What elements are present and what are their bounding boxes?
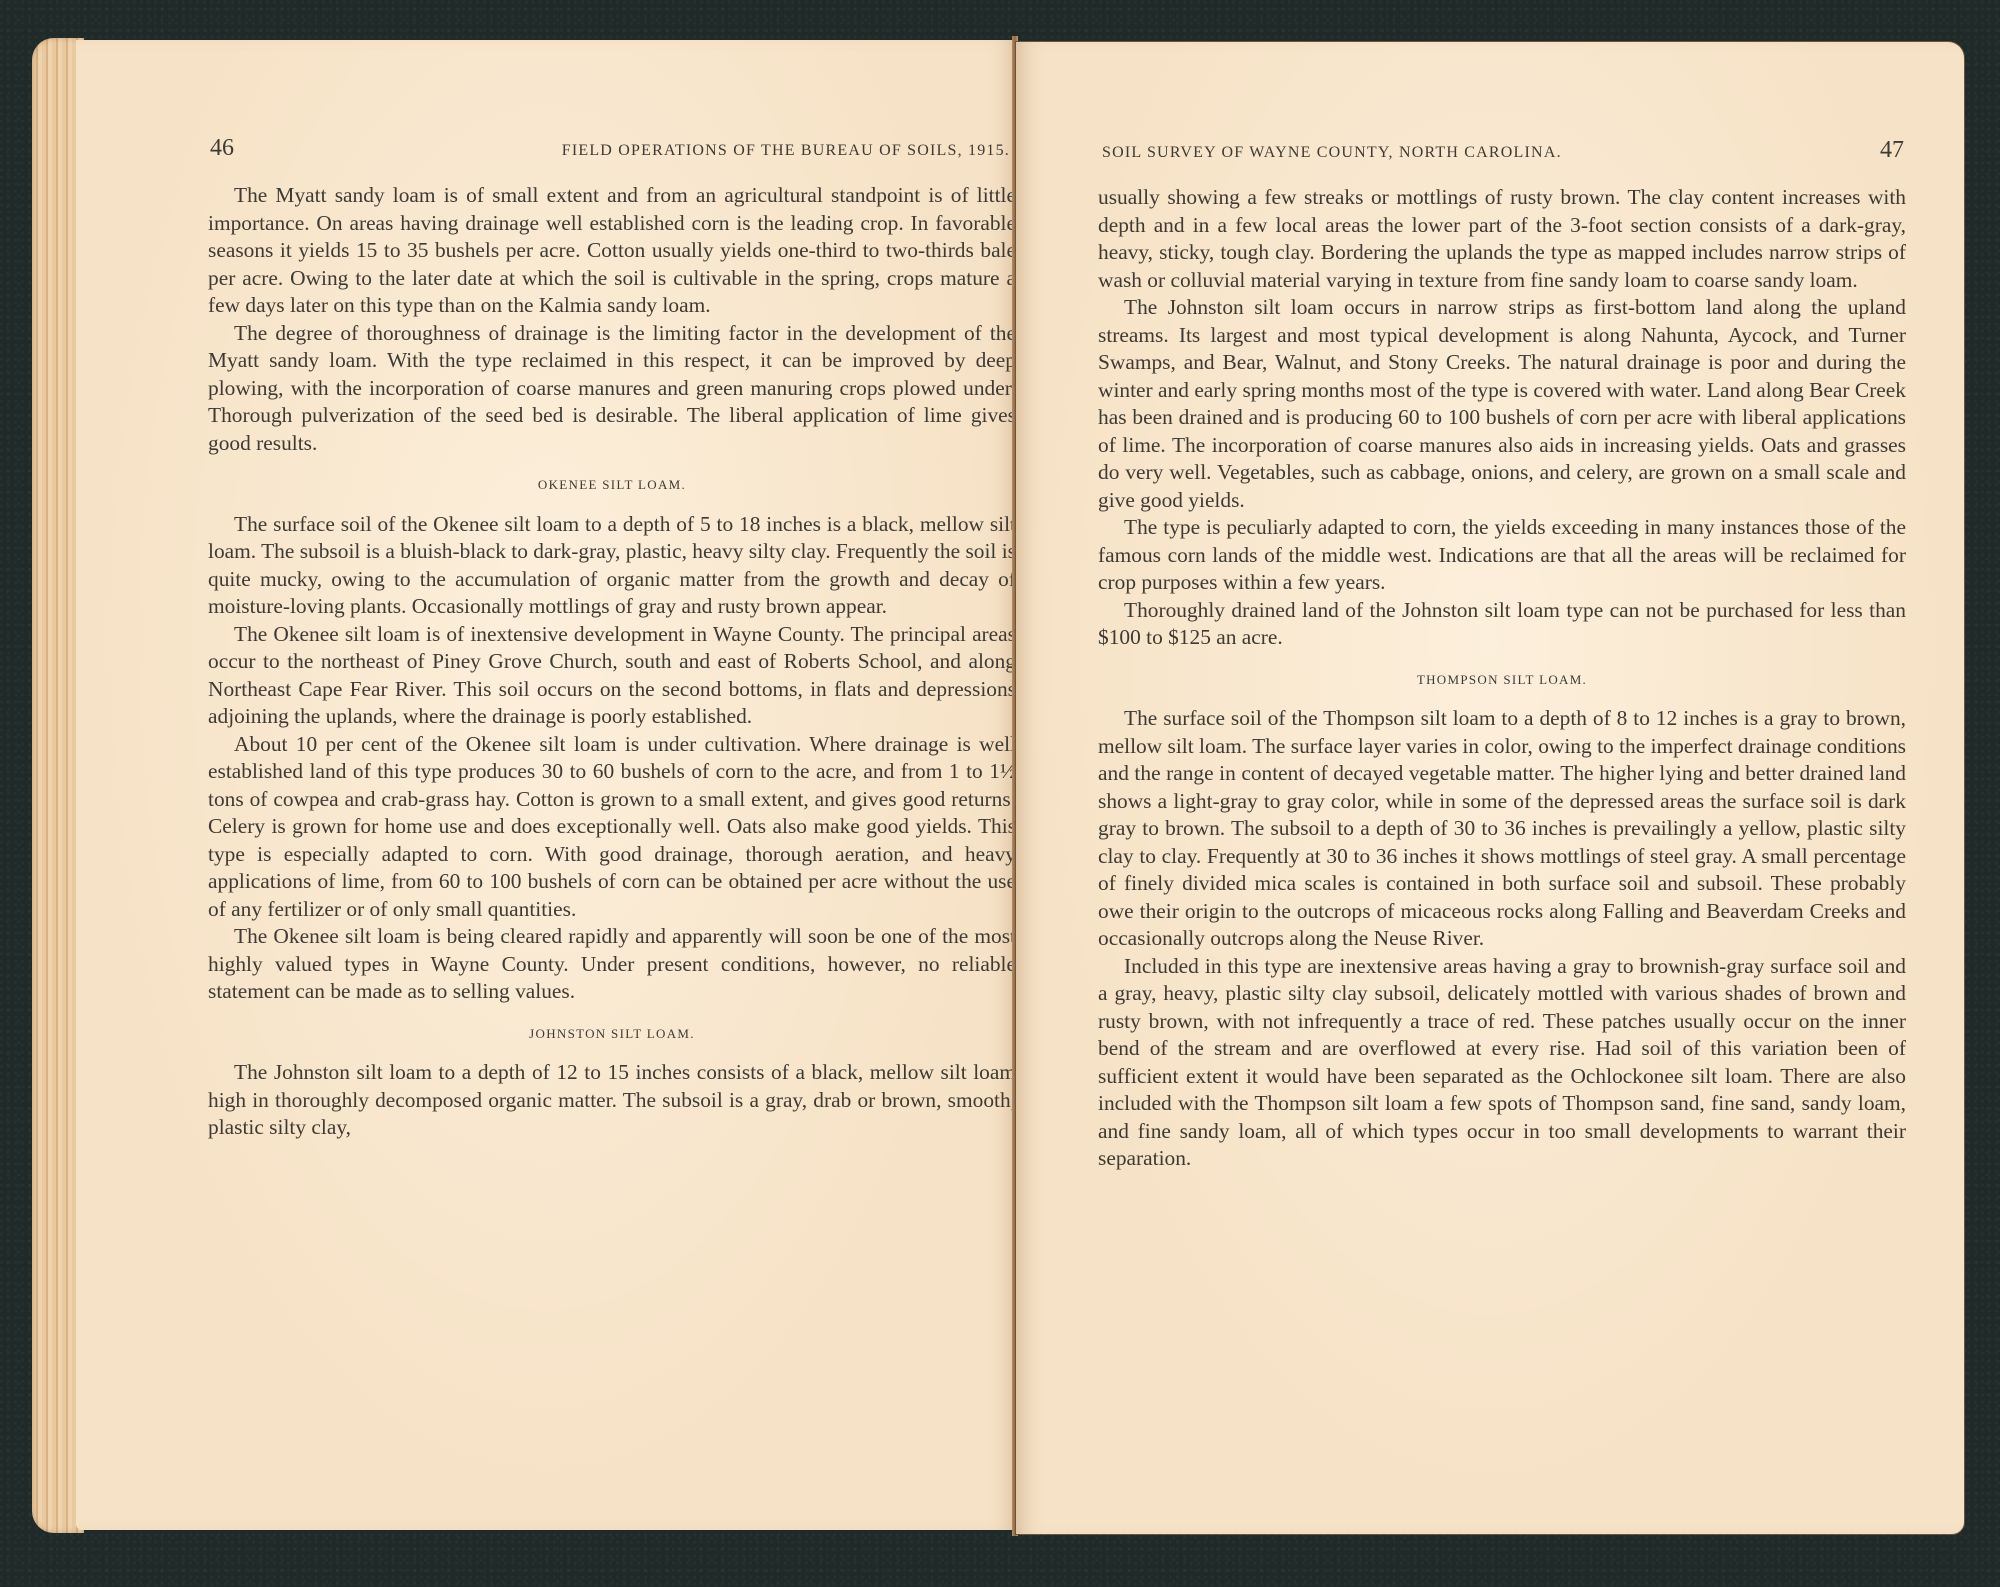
paragraph: The degree of thoroughness of drainage i… [208, 320, 1016, 458]
left-page: 46 FIELD OPERATIONS OF THE BUREAU OF SOI… [76, 40, 1016, 1530]
page-number: 46 [210, 135, 234, 162]
paragraph: Included in this type are inextensive ar… [1098, 953, 1906, 1173]
section-heading: THOMPSON SILT LOAM. [1098, 666, 1906, 694]
paragraph: The Johnston silt loam to a depth of 12 … [208, 1059, 1016, 1142]
paragraph: The surface soil of the Okenee silt loam… [208, 511, 1016, 621]
page-number: 47 [1880, 137, 1904, 164]
right-body-text: usually showing a few streaks or mottlin… [1098, 184, 1906, 1173]
paragraph: About 10 per cent of the Okenee silt loa… [208, 731, 1016, 924]
left-running-head: 46 FIELD OPERATIONS OF THE BUREAU OF SOI… [210, 135, 1010, 165]
section-heading: OKENEE SILT LOAM. [208, 471, 1016, 499]
paragraph: Thoroughly drained land of the Johnston … [1098, 597, 1906, 652]
right-page: SOIL SURVEY OF WAYNE COUNTY, NORTH CAROL… [1016, 42, 1964, 1534]
section-heading: JOHNSTON SILT LOAM. [208, 1020, 1016, 1048]
running-head-title: FIELD OPERATIONS OF THE BUREAU OF SOILS,… [562, 142, 1010, 160]
paragraph: The type is peculiarly adapted to corn, … [1098, 514, 1906, 597]
book-spread: 46 FIELD OPERATIONS OF THE BUREAU OF SOI… [0, 0, 2000, 1587]
right-running-head: SOIL SURVEY OF WAYNE COUNTY, NORTH CAROL… [1102, 137, 1904, 167]
paragraph-continuation: usually showing a few streaks or mottlin… [1098, 184, 1906, 294]
paragraph: The Myatt sandy loam is of small extent … [208, 182, 1016, 320]
left-body-text: The Myatt sandy loam is of small extent … [208, 182, 1016, 1142]
paragraph: The Okenee silt loam is of inextensive d… [208, 621, 1016, 731]
running-head-title: SOIL SURVEY OF WAYNE COUNTY, NORTH CAROL… [1102, 144, 1562, 162]
paragraph: The surface soil of the Thompson silt lo… [1098, 705, 1906, 953]
paragraph: The Johnston silt loam occurs in narrow … [1098, 294, 1906, 514]
paragraph: The Okenee silt loam is being cleared ra… [208, 923, 1016, 1006]
